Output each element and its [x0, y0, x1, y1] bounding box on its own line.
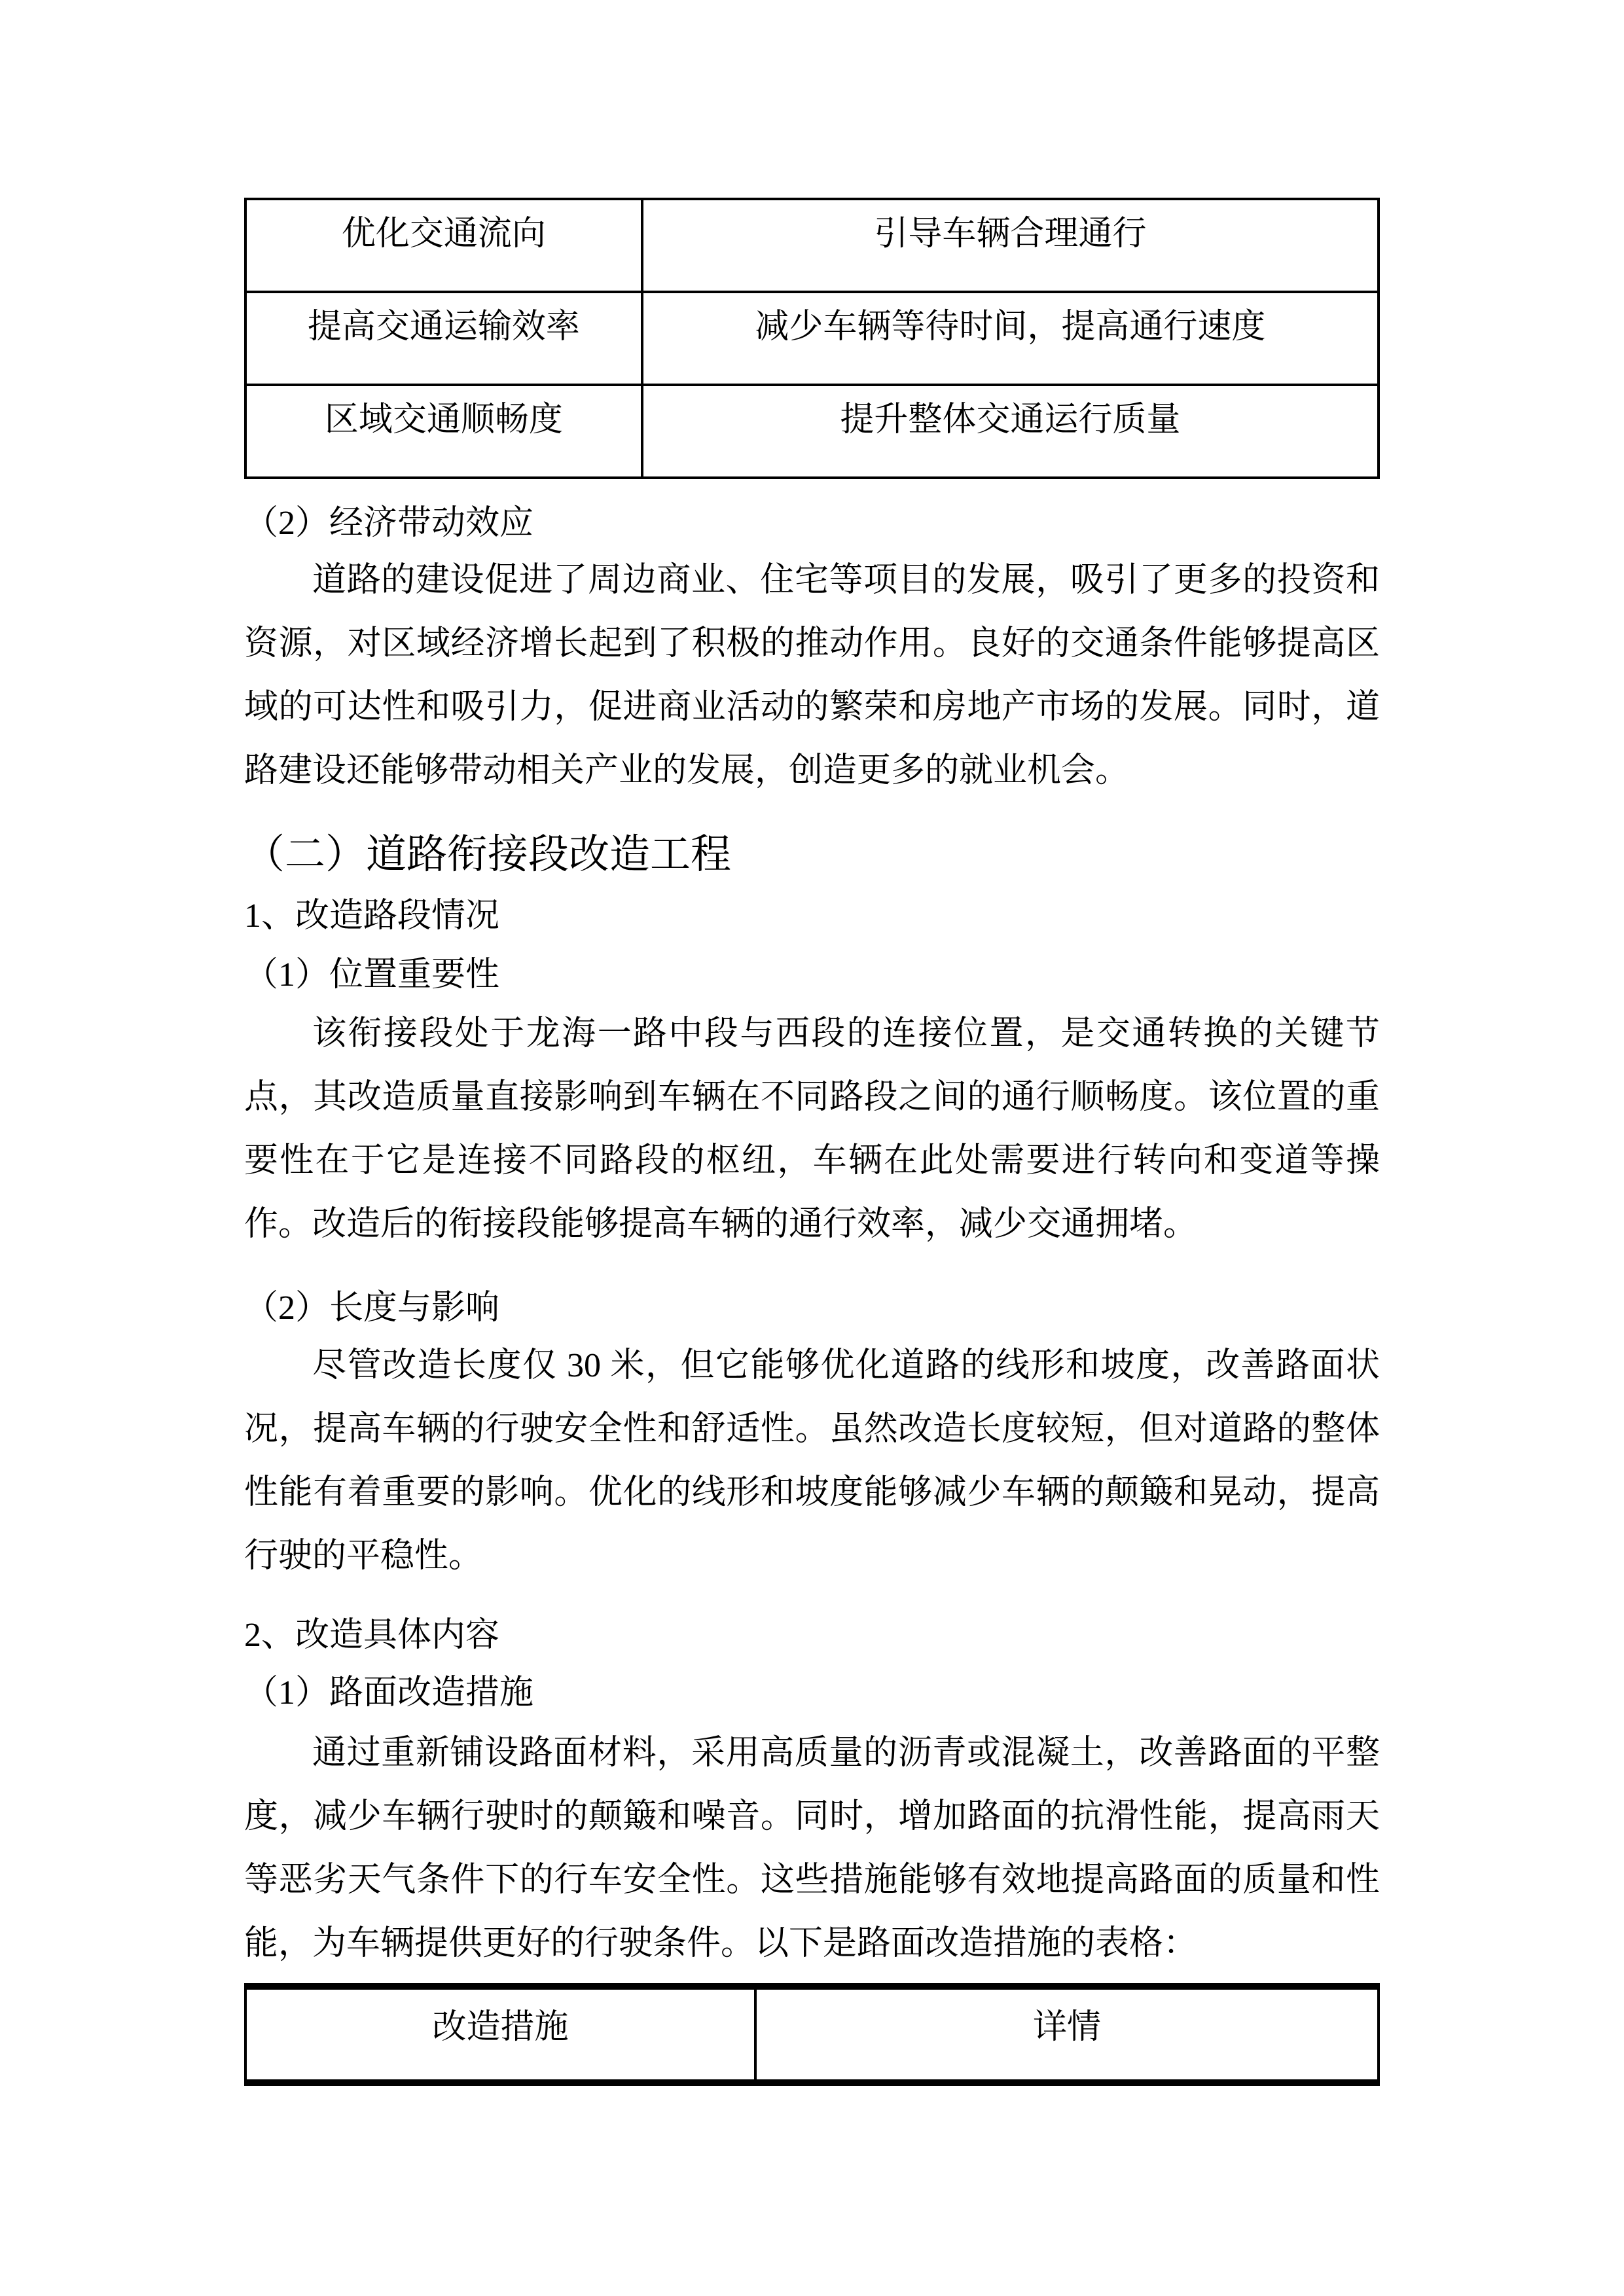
heading-section-road-connection: （二）道路衔接段改造工程 [244, 817, 1380, 893]
table-cell: 优化交通流向 [245, 199, 642, 292]
paragraph-road-surface-measures: 通过重新铺设路面材料，采用高质量的沥青或混凝土，改善路面的平整度，减少车辆行驶时… [244, 1721, 1380, 1975]
table-cell: 减少车辆等待时间，提高通行速度 [642, 292, 1379, 385]
paragraph-length-influence: 尽管改造长度仅 30 米，但它能够优化道路的线形和坡度，改善路面状况，提高车辆的… [244, 1334, 1380, 1588]
document-page: 优化交通流向 引导车辆合理通行 提高交通运输效率 减少车辆等待时间，提高通行速度… [0, 0, 1624, 2296]
heading-length-influence: （2）长度与影响 [244, 1276, 1380, 1340]
paragraph-position-importance: 该衔接段处于龙海一路中段与西段的连接位置，是交通转换的关键节点，其改造质量直接影… [244, 1002, 1380, 1256]
heading-item-road-segment: 1、改造路段情况 [244, 884, 1380, 948]
heading-item-renovation-content: 2、改造具体内容 [244, 1604, 1380, 1667]
table-cell: 引导车辆合理通行 [642, 199, 1379, 292]
table-header-row: 改造措施 详情 [245, 1986, 1379, 2083]
paragraph-economic-effect: 道路的建设促进了周边商业、住宅等项目的发展，吸引了更多的投资和资源，对区域经济增… [244, 548, 1380, 802]
table-row: 提高交通运输效率 减少车辆等待时间，提高通行速度 [245, 292, 1379, 385]
benefits-table: 优化交通流向 引导车辆合理通行 提高交通运输效率 减少车辆等待时间，提高通行速度… [244, 198, 1380, 479]
heading-road-surface-measures: （1）路面改造措施 [244, 1661, 1380, 1725]
table-header-cell: 改造措施 [245, 1986, 755, 2083]
table-header-cell: 详情 [755, 1986, 1379, 2083]
heading-position-importance: （1）位置重要性 [244, 943, 1380, 1007]
table-cell: 区域交通顺畅度 [245, 385, 642, 478]
table-row: 区域交通顺畅度 提升整体交通运行质量 [245, 385, 1379, 478]
heading-economic-effect: （2）经济带动效应 [244, 492, 1380, 555]
table-row: 优化交通流向 引导车辆合理通行 [245, 199, 1379, 292]
table-cell: 提升整体交通运行质量 [642, 385, 1379, 478]
table-cell: 提高交通运输效率 [245, 292, 642, 385]
measures-table: 改造措施 详情 [244, 1983, 1380, 2086]
